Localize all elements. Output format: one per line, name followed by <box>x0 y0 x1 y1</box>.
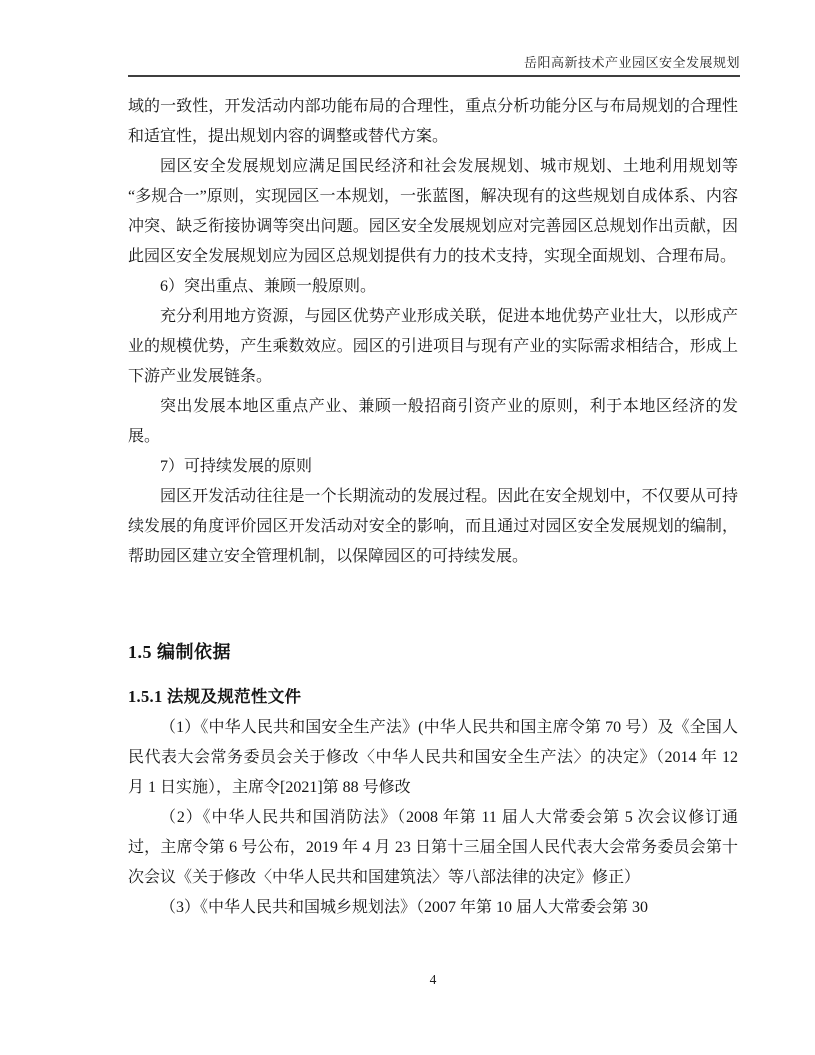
body-paragraph: 6）突出重点、兼顾一般原则。 <box>128 272 738 302</box>
body-paragraph: 园区开发活动往往是一个长期流动的发展过程。因此在安全规划中，不仅要从可持续发展的… <box>128 482 738 572</box>
section-heading-1-5: 1.5 编制依据 <box>128 637 738 667</box>
body-paragraph: 园区安全发展规划应满足国民经济和社会发展规划、城市规划、土地利用规划等 “多规合… <box>128 152 738 272</box>
page-number: 4 <box>430 972 437 987</box>
legal-reference-list: （1）《中华人民共和国安全生产法》(中华人民共和国主席令第 70 号）及《全国人… <box>128 713 738 923</box>
page-footer: 4 <box>128 970 738 990</box>
legal-reference-item: （1）《中华人民共和国安全生产法》(中华人民共和国主席令第 70 号）及《全国人… <box>128 713 738 803</box>
body-text-column: 域的一致性，开发活动内部功能布局的合理性，重点分析功能分区与布局规划的合理性和适… <box>128 92 738 572</box>
header-title: 岳阳高新技术产业园区安全发展规划 <box>524 52 740 71</box>
body-paragraph: 突出发展本地区重点产业、兼顾一般招商引资产业的原则，利于本地区经济的发展。 <box>128 392 738 452</box>
body-paragraph: 域的一致性，开发活动内部功能布局的合理性，重点分析功能分区与布局规划的合理性和适… <box>128 92 738 152</box>
page-header: 岳阳高新技术产业园区安全发展规划 <box>128 0 740 77</box>
subsection-heading-1-5-1: 1.5.1 法规及规范性文件 <box>128 682 738 712</box>
body-paragraph: 充分利用地方资源，与园区优势产业形成关联，促进本地优势产业壮大，以形成产业的规模… <box>128 302 738 392</box>
legal-reference-item: （2）《中华人民共和国消防法》（2008 年第 11 届人大常委会第 5 次会议… <box>128 803 738 893</box>
document-page: 岳阳高新技术产业园区安全发展规划 域的一致性，开发活动内部功能布局的合理性，重点… <box>0 0 815 1055</box>
section-block: 1.5 编制依据 1.5.1 法规及规范性文件 （1）《中华人民共和国安全生产法… <box>128 637 738 923</box>
legal-reference-item: （3）《中华人民共和国城乡规划法》（2007 年第 10 届人大常委会第 30 <box>128 893 738 923</box>
body-paragraph: 7）可持续发展的原则 <box>128 452 738 482</box>
